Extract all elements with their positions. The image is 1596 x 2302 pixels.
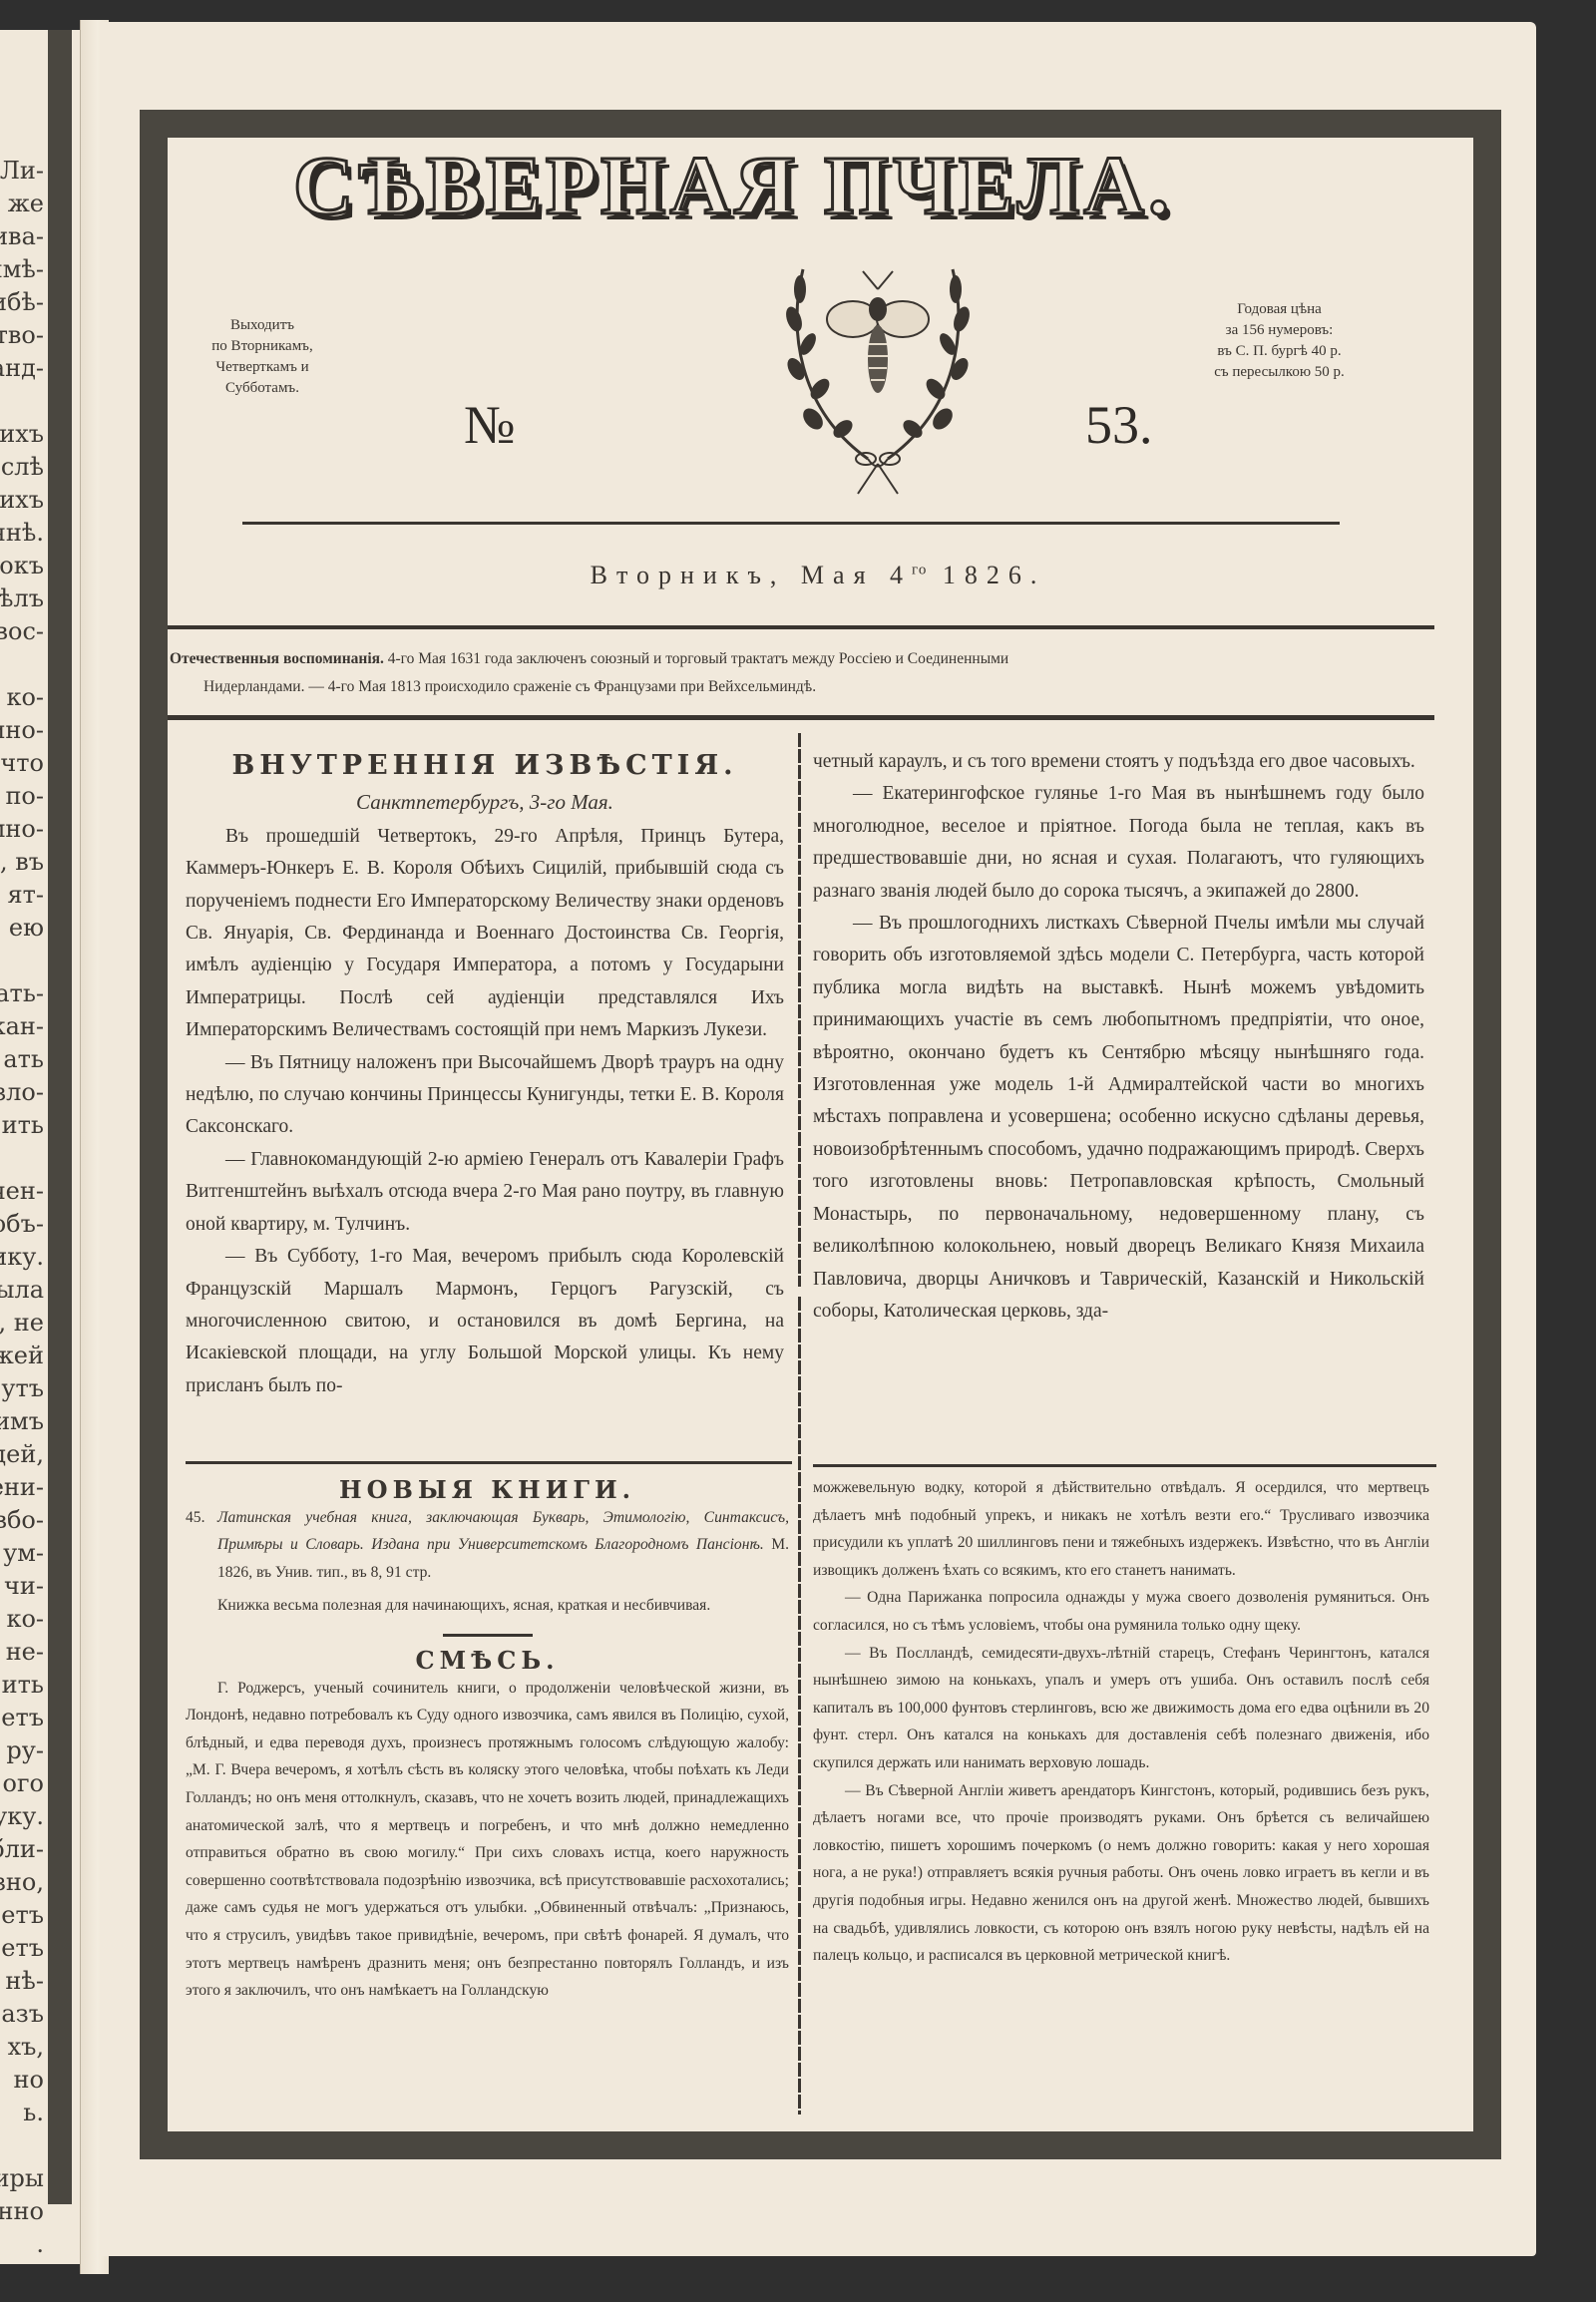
new-books-heading: НОВЫЯ КНИГИ. <box>186 1476 789 1504</box>
previous-page-fragment: кан- <box>0 1010 44 1043</box>
previous-page-fragment: дей, <box>0 1438 44 1471</box>
price-line: за 156 нумеровъ: <box>1192 320 1367 341</box>
masthead-rule <box>242 522 1340 525</box>
previous-page-fragment: ику. <box>0 1241 44 1274</box>
previous-page-fragment: ь. <box>23 2097 44 2129</box>
publication-schedule: Выходитъ по Вторникамъ, Четверткамъ и Су… <box>188 315 337 399</box>
previous-page-fragment: ко- <box>6 681 44 714</box>
previous-page-fragment: имъ <box>0 1405 44 1438</box>
previous-page-fragment: не- <box>6 1636 44 1669</box>
weekday: Вторникъ, <box>591 561 786 589</box>
previous-page-fragment: етъ <box>1 1899 44 1932</box>
news-paragraph: — Въ Субботу, 1-го Мая, вечеромъ прибылъ… <box>186 1241 784 1402</box>
month: Мая <box>801 561 875 589</box>
previous-page-fragment: е Ли- <box>0 155 44 188</box>
previous-page-fragment: кихъ <box>0 484 44 517</box>
national-memories: Отечественныя воспоминанія. 4-го Мая 163… <box>170 645 1436 701</box>
previous-page-fragment: зло- <box>0 1076 44 1109</box>
previous-page-fragment: оимѣ- <box>0 253 44 286</box>
previous-page-fragment: . <box>36 2228 44 2261</box>
internal-news-continued-column: четный караулъ, и съ того времени стоятъ… <box>813 746 1424 1328</box>
previous-page-fragment: ят- <box>7 879 44 912</box>
previous-page-fragment: , въ <box>0 846 44 879</box>
day: 4 <box>890 561 912 589</box>
news-paragraph: Въ прошедшій Четвертокъ, 29-го Апрѣля, П… <box>186 821 784 1047</box>
new-books-section: НОВЫЯ КНИГИ. 45.Латинская учебная книга,… <box>186 1476 789 2005</box>
price-line: съ пересылкою 50 р. <box>1192 362 1367 383</box>
miscellany-paragraph: — Одна Парижанка попросила однажды у муж… <box>813 1584 1429 1639</box>
previous-page-fragment: енно <box>0 2195 44 2228</box>
previous-page-fragment: вбо- <box>0 1504 44 1537</box>
schedule-line: Четверткамъ и <box>188 357 337 378</box>
previous-page-fragment: ко же <box>0 188 44 220</box>
internal-news-column: ВНУТРЕННІЯ ИЗВѢСТІЯ. Санктпетербургъ, 3-… <box>186 750 784 1402</box>
previous-page-fragment: чи- <box>4 1570 44 1603</box>
day-suffix: го <box>912 562 927 577</box>
previous-page-fragment: янѣ. <box>0 517 44 550</box>
column-divider <box>798 1297 801 2114</box>
previous-page-fragment: ить <box>2 1669 44 1702</box>
column-rule <box>813 1464 1436 1467</box>
book-number: 45. <box>186 1504 217 1532</box>
price-line: Годовая цѣна <box>1192 299 1367 320</box>
previous-page-fragment: ого <box>3 1767 44 1800</box>
previous-page-fragment: азъ <box>1 1998 44 2031</box>
previous-page-fragment: иры <box>0 2162 44 2195</box>
year: 1826. <box>943 561 1046 589</box>
previous-page-fragment: уку. <box>0 1800 44 1833</box>
schedule-line: Выходитъ <box>188 315 337 336</box>
previous-page-fragment: чен- <box>0 1175 44 1208</box>
news-paragraph: — Въ прошлогоднихъ листкахъ Сѣверной Пче… <box>813 908 1424 1328</box>
previous-page-fragment: ать <box>3 1043 44 1076</box>
news-paragraph: — Главнокомандующій 2-ю арміею Генералъ … <box>186 1144 784 1241</box>
previous-page-fragment: ить <box>2 1109 44 1142</box>
previous-page-fragment: нихъ <box>0 418 44 451</box>
previous-page-fragment: ыла <box>0 1274 44 1307</box>
previous-page-fragment: по- <box>5 780 44 813</box>
memory-text: 4-го Мая 1631 года заключенъ союзный и т… <box>388 650 1008 667</box>
memory-text: Нидерландами. — 4-го Мая 1813 происходил… <box>170 673 1436 701</box>
section-rule <box>168 715 1434 720</box>
miscellany-paragraph: Г. Роджерсъ, ученый сочинитель книги, о … <box>186 1675 789 2005</box>
internal-news-heading: ВНУТРЕННІЯ ИЗВѢСТІЯ. <box>186 750 784 782</box>
previous-page-fragment: докъ <box>0 550 44 582</box>
previous-page-fragment: ко- <box>6 1603 44 1636</box>
previous-page-fragment: тво- <box>0 319 44 352</box>
previous-page-fragment: зно, <box>0 1866 44 1899</box>
news-place-date: Санктпетербургъ, 3-го Мая. <box>186 786 784 818</box>
previous-page-fragment: етъ <box>1 1702 44 1734</box>
issue-label: № <box>464 394 516 456</box>
memory-lead: Отечественныя воспоминанія. <box>170 650 384 667</box>
miscellany-paragraph: — Въ Сѣверной Англіи живетъ арендаторъ К… <box>813 1777 1429 1970</box>
issue-number: 53. <box>1085 394 1153 456</box>
miscellany-paragraph: можжевельную водку, которой я дѣйствител… <box>813 1474 1429 1584</box>
previous-page-fragment: нѣ- <box>5 1965 44 1998</box>
miscellany-heading: СМѢСЬ. <box>186 1647 789 1675</box>
book-review: Книжка весьма полезная для начинающихъ, … <box>186 1592 789 1620</box>
previous-page-fragment: утъ <box>1 1372 44 1405</box>
short-rule <box>443 1634 533 1637</box>
date-rule <box>168 625 1434 629</box>
previous-page-fragment: ею <box>9 912 44 945</box>
previous-page-fragment: бли- <box>0 1833 44 1866</box>
previous-page-fragment: но <box>14 2064 44 2097</box>
previous-page-edge: е Ли-ко жекива-оимѣ-оибѣ-тво-анд-нихъосл… <box>0 30 80 2264</box>
newspaper-title: СѢВЕРНАЯ ПЧЕЛА. <box>204 138 1262 234</box>
miscellany-paragraph: — Въ Послландѣ, семидесяти-двухъ-лѣтній … <box>813 1640 1429 1777</box>
previous-page-fragment: объ- <box>0 1208 44 1241</box>
column-rule <box>186 1461 792 1464</box>
news-paragraph: — Въ Пятницу наложенъ при Высочайшемъ Дв… <box>186 1047 784 1144</box>
previous-page-fragment: , не <box>0 1307 44 1340</box>
previous-page-fragment: что <box>0 747 44 780</box>
column-divider <box>798 733 801 1287</box>
previous-page-fragment: етъ <box>1 1932 44 1965</box>
previous-page-fragment: ру- <box>6 1734 44 1767</box>
previous-page-fragment: ино- <box>0 714 44 747</box>
previous-page-fragment: мѣлъ <box>0 582 44 615</box>
subscription-price: Годовая цѣна за 156 нумеровъ: въ С. П. б… <box>1192 299 1367 383</box>
previous-page-fragment: хъ, <box>8 2031 44 2064</box>
bee-wreath-icon <box>758 259 997 499</box>
previous-page-fragment: анд- <box>0 352 44 385</box>
previous-page-fragment: ать- <box>0 977 44 1010</box>
book-title: Латинская учебная книга, заключающая Бук… <box>217 1509 789 1554</box>
previous-page-fragment: вос- <box>0 615 44 648</box>
issue-date: Вторникъ, Мая 4го 1826. <box>469 561 1167 590</box>
miscellany-continued-column: можжевельную водку, которой я дѣйствител… <box>813 1474 1429 1970</box>
previous-page-fragment: оибѣ- <box>0 286 44 319</box>
previous-page-fragment: жей <box>0 1340 44 1372</box>
schedule-line: по Вторникамъ, <box>188 336 337 357</box>
previous-page-fragment: ум- <box>3 1537 44 1570</box>
previous-page-fragment: кива- <box>0 220 44 253</box>
news-paragraph: — Екатерингофское гулянье 1-го Мая въ ны… <box>813 778 1424 908</box>
previous-page-fragment: мно- <box>0 813 44 846</box>
price-line: въ С. П. бургѣ 40 р. <box>1192 341 1367 362</box>
previous-page-border <box>48 30 72 2204</box>
previous-page-fragment: ослѣ <box>0 451 44 484</box>
previous-page-fragment: ени- <box>0 1471 44 1504</box>
news-paragraph: четный караулъ, и съ того времени стоятъ… <box>813 746 1424 778</box>
schedule-line: Субботамъ. <box>188 378 337 399</box>
book-entry: 45.Латинская учебная книга, заключающая … <box>186 1504 789 1587</box>
